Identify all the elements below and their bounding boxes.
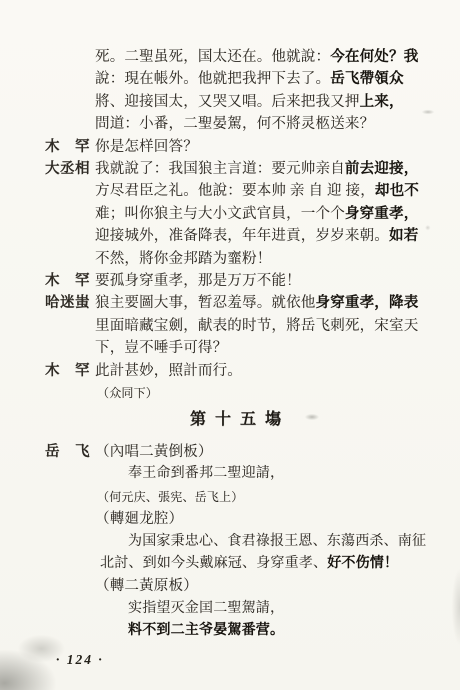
stage-direction: （轉廻龙腔）: [45, 508, 426, 530]
dialogue-text: 此計甚妙，照計而行。: [95, 360, 426, 382]
script-line: 問道：小番，二聖晏駕，何不將灵柩送来？: [45, 113, 426, 135]
dialogue-text-bold: 身穿重孝，: [345, 206, 419, 222]
verse-text: 为国家秉忠心、食君祿报王恩、东蕩西杀、南征: [128, 534, 426, 549]
stage-direction-text: （何元庆、張宪、岳飞上）: [97, 490, 243, 504]
stage-direction-text: （众同下）: [97, 386, 158, 400]
speaker-name: 木 罕: [45, 270, 95, 292]
dialogue-text: 难；叫你狼主与大小文武官員，一个个: [95, 206, 345, 222]
verse-text: 奉王命到番邦二聖迎請，: [128, 466, 284, 481]
stage-direction-text: （轉廻龙腔）: [95, 511, 183, 527]
speaker-name: 岳 飞: [45, 441, 95, 463]
dialogue-text: 狼主要圖大事，暂忍羞辱。就依他: [95, 295, 316, 311]
text-block: 死。二聖虽死，国太还在。他就說：今在何处？我 說：現在帳外。他就把我押下去了。岳…: [45, 46, 426, 643]
dialogue-text: 我就說了：我国狼主言道：要元帅亲自前去迎接，: [95, 158, 426, 180]
dialogue-text: 狼主要圖大事，暂忍羞辱。就依他身穿重孝，降表: [95, 292, 426, 314]
page-number: · 124 ·: [56, 652, 104, 668]
scanned-script-page: 死。二聖虽死，国太还在。他就說：今在何处？我 說：現在帳外。他就把我押下去了。岳…: [0, 0, 460, 690]
dialogue-text-bold: 如若: [389, 228, 418, 244]
dialogue-text: 問道：小番，二聖晏駕，何不將灵柩送来？: [95, 116, 374, 132]
dialogue-text: 迎接城外，准备降表，年年进貢，岁岁来朝。: [95, 228, 389, 244]
script-line: 說：現在帳外。他就把我押下去了。岳飞帶領众: [45, 68, 426, 90]
stage-direction: （众同下）: [45, 382, 426, 404]
dialogue-text: 下，豈不唾手可得？: [95, 340, 227, 356]
dialogue-text: 死。二聖虽死，国太还在。他就說：: [95, 49, 330, 65]
dialogue-text-bold: 身穿重孝，降表: [316, 295, 419, 311]
script-line: 里面暗藏宝劍，献表的时节，將岳飞刺死，宋室天: [45, 315, 426, 337]
speaker-name: 木 罕: [45, 360, 95, 382]
verse-line: 实指望灭金囯二聖駕請，: [45, 598, 426, 620]
speaker-name: 大丞相: [45, 158, 95, 180]
dialogue-text: 不然，將你金邦踏为韲粉！: [95, 251, 271, 267]
script-line: 大丞相我就說了：我国狼主言道：要元帅亲自前去迎接，: [45, 158, 426, 180]
verse-text: 实指望灭金囯二聖駕請，: [128, 601, 284, 616]
dialogue-text-bold: 却也不: [375, 183, 419, 199]
dialogue-text-bold: 今在何处？我: [330, 49, 418, 65]
verse-line: 奉王命到番邦二聖迎請，: [45, 463, 426, 485]
speaker-name: 哈迷蚩: [45, 292, 95, 314]
speaker-name: 木 罕: [45, 136, 95, 158]
verse-line: 为国家秉忠心、食君祿报王恩、东蕩西杀、南征: [45, 531, 426, 553]
script-line: 方尽君臣之礼。他說：要本帅 亲 自 迎 接，却也不: [45, 180, 426, 202]
script-line: 死。二聖虽死，国太还在。他就說：今在何处？我: [45, 46, 426, 68]
stage-direction: （轉二黃原板）: [45, 575, 426, 597]
script-line: 岳 飞（內唱二黃倒板）: [45, 441, 426, 463]
dialogue-text: 你是怎样回答？: [95, 136, 426, 158]
script-line: 不然，將你金邦踏为韲粉！: [45, 248, 426, 270]
scene-title: 第十五塲: [45, 409, 426, 431]
dialogue-text: 我就說了：我国狼主言道：要元帅亲自: [95, 161, 345, 177]
verse-text: 北討、到如今头戴麻冠、身穿重孝、: [100, 556, 327, 571]
verse-text-bold: 料不到二主爷晏駕番营。: [128, 623, 284, 638]
verse-line: 北討、到如今头戴麻冠、身穿重孝、好不伤情！: [45, 553, 426, 575]
dialogue-text-bold: 上来，: [360, 94, 404, 110]
verse-line: 料不到二主爷晏駕番营。: [45, 620, 426, 642]
dialogue-text: 里面暗藏宝劍，献表的时节，將岳飞刺死，宋室天: [95, 318, 418, 334]
verse-text-bold: 好不伤情！: [327, 556, 398, 571]
script-line: 难；叫你狼主与大小文武官員，一个个身穿重孝，: [45, 203, 426, 225]
dialogue-text-bold: 岳飞帶領众: [330, 71, 404, 87]
dialogue-text-bold: 前去迎接，: [345, 161, 419, 177]
script-line: 木 罕你是怎样回答？: [45, 136, 426, 158]
script-line: 哈迷蚩狼主要圖大事，暂忍羞辱。就依他身穿重孝，降表: [45, 292, 426, 314]
stage-direction-text: （內唱二黃倒板）: [95, 441, 426, 463]
script-line: 木 罕要孤身穿重孝，那是万万不能！: [45, 270, 426, 292]
stage-direction: （何元庆、張宪、岳飞上）: [45, 486, 426, 508]
dialogue-text: 將、迎接国太，又哭又唱。后来把我又押: [95, 94, 360, 110]
dialogue-text: 要孤身穿重孝，那是万万不能！: [95, 270, 426, 292]
dialogue-text: 說：現在帳外。他就把我押下去了。: [95, 71, 330, 87]
script-line: 將、迎接国太，又哭又唱。后来把我又押上来，: [45, 91, 426, 113]
dialogue-text: 方尽君臣之礼。他說：要本帅 亲 自 迎 接，: [95, 183, 375, 199]
script-line: 迎接城外，准备降表，年年进貢，岁岁来朝。如若: [45, 225, 426, 247]
script-line: 木 罕此計甚妙，照計而行。: [45, 360, 426, 382]
stage-direction-text: （轉二黃原板）: [95, 578, 198, 594]
script-line: 下，豈不唾手可得？: [45, 337, 426, 359]
